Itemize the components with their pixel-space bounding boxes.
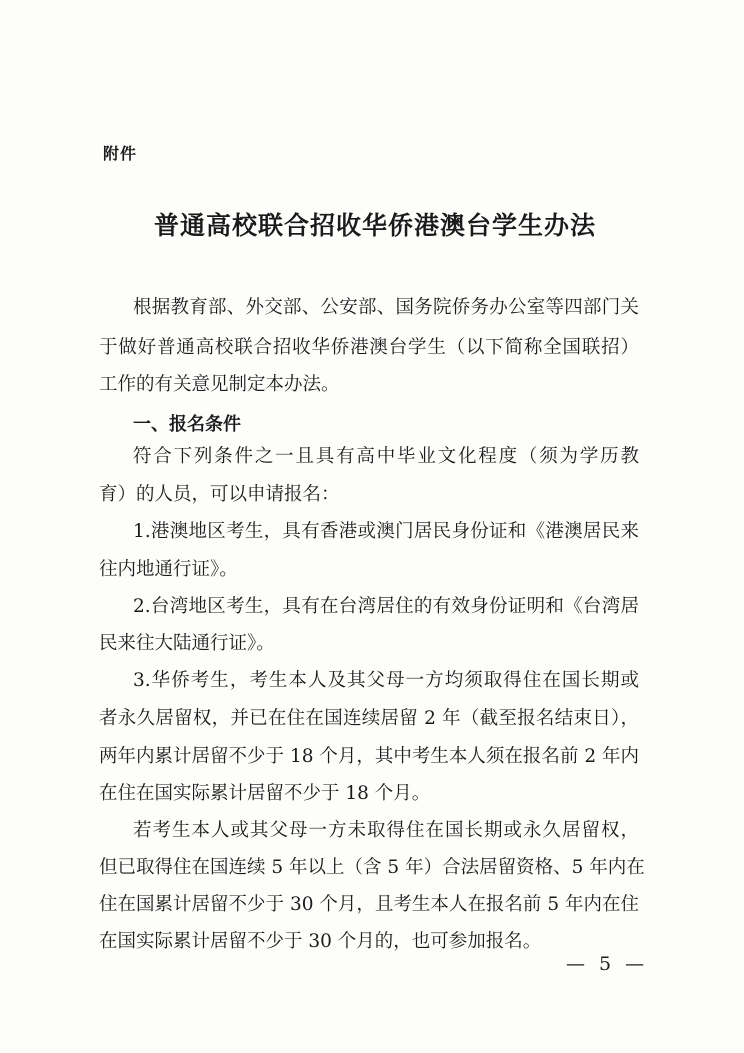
section-heading-registration: 一、报名条件 (133, 410, 241, 436)
item3-line-2: 者永久居留权，并已在住在国连续居留 2 年（截至报名结束日）， (99, 708, 639, 730)
supplement-line-3: 住在国累计居留不少于 30 个月，且考生本人在报名前 5 年内在住 (99, 894, 639, 916)
item2-line-2: 民来往大陆通行证》。 (99, 633, 639, 655)
item2-line-1: 2.台湾地区考生，具有在台湾居住的有效身份证明和《台湾居 (133, 596, 639, 618)
document-page: 附件 普通高校联合招收华侨港澳台学生办法 根据教育部、外交部、公安部、国务院侨务… (0, 0, 744, 1053)
item3-line-4: 在住在国实际累计居留不少于 18 个月。 (99, 783, 639, 805)
item3-line-3: 两年内累计居留不少于 18 个月，其中考生本人须在报名前 2 年内 (99, 746, 639, 768)
item1-line-2: 往内地通行证》。 (99, 559, 639, 581)
document-title: 普通高校联合招收华侨港澳台学生办法 (0, 206, 744, 242)
intro-line-2: 于做好普通高校联合招收华侨港澳台学生（以下简称全国联招） (99, 337, 639, 359)
item3-line-1: 3.华侨考生，考生本人及其父母一方均须取得住在国长期或 (133, 670, 639, 692)
intro-line-3: 工作的有关意见制定本办法。 (99, 374, 639, 396)
item1-line-1: 1.港澳地区考生，具有香港或澳门居民身份证和《港澳居民来 (133, 521, 639, 543)
supplement-line-1: 若考生本人或其父母一方未取得住在国长期或永久居留权， (133, 820, 639, 842)
supplement-line-4: 在国实际累计居留不少于 30 个月的，也可参加报名。 (99, 931, 639, 953)
lead-line-1: 符合下列条件之一且具有高中毕业文化程度（须为学历教 (133, 446, 639, 468)
lead-line-2: 育）的人员，可以申请报名： (99, 484, 639, 506)
attachment-label: 附件 (103, 141, 137, 164)
intro-line-1: 根据教育部、外交部、公安部、国务院侨务办公室等四部门关 (133, 297, 639, 319)
page-number: — 5 — (566, 953, 648, 975)
supplement-line-2: 但已取得住在国连续 5 年以上（含 5 年）合法居留资格、5 年内在 (99, 857, 639, 879)
